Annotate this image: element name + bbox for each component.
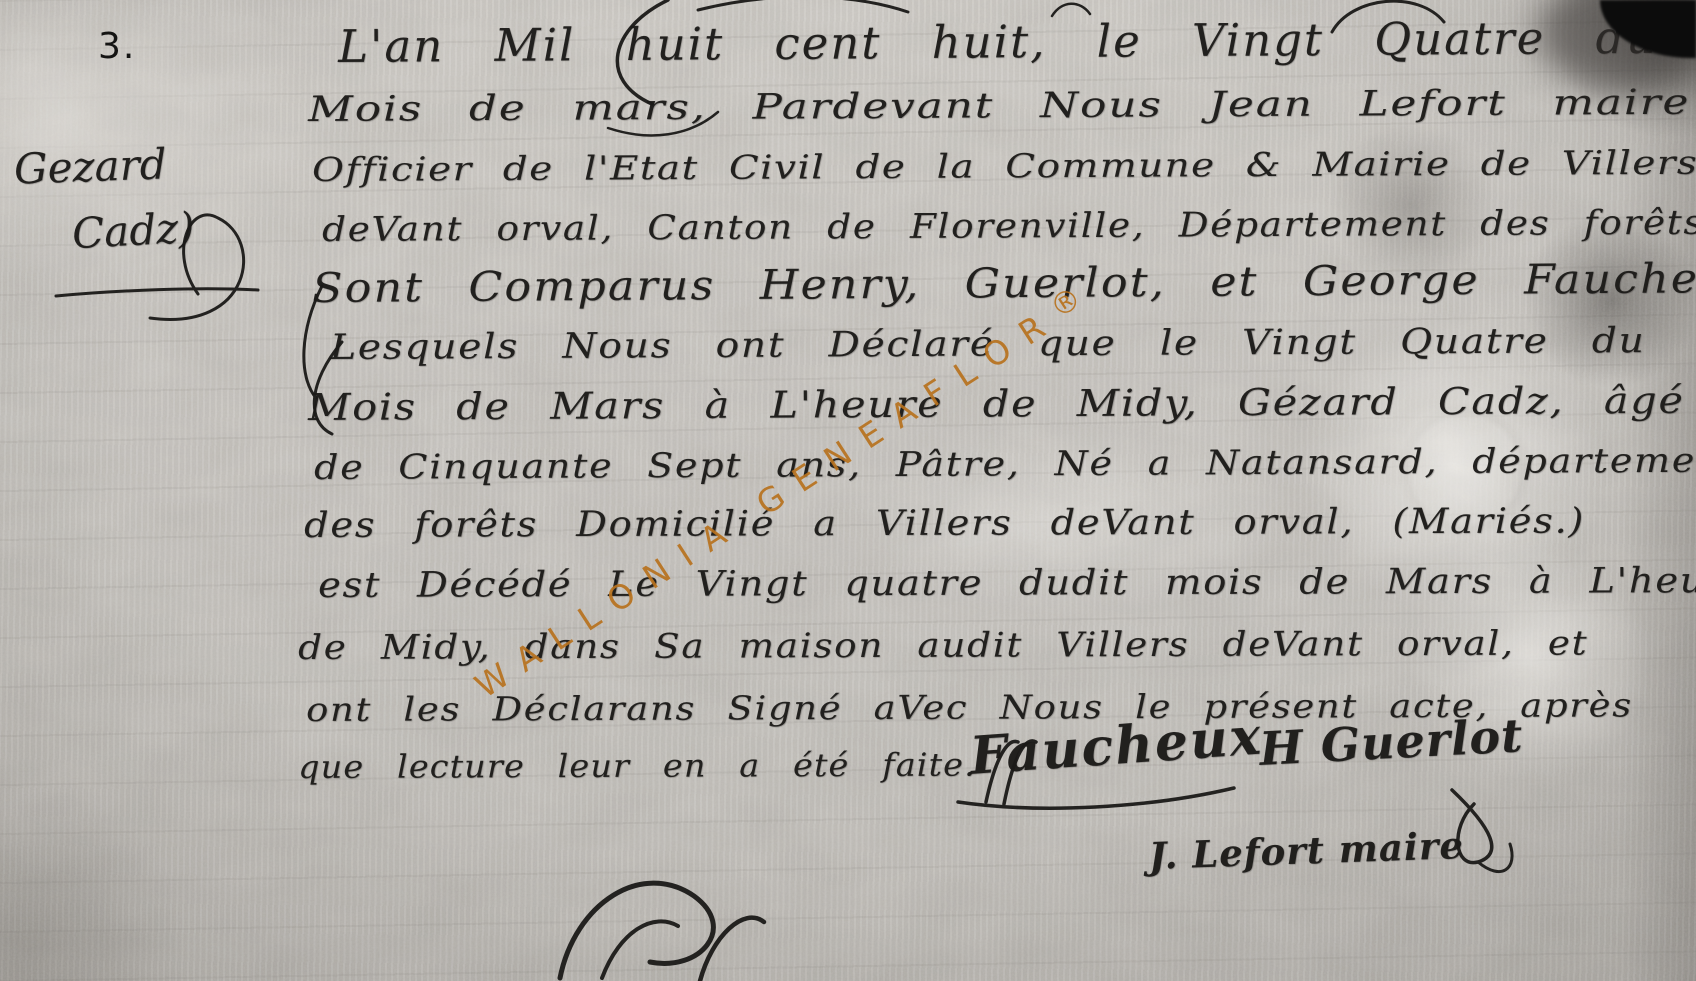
signature-3: J. Lefort maire: [1148, 823, 1465, 878]
manuscript-line-10: est Décédé Le Vingt quatre dudit mois de…: [318, 561, 1696, 606]
guerlot-descender-tail: [1478, 844, 1512, 872]
margin-underline: [56, 289, 258, 296]
next-act-loop-2: [700, 918, 764, 981]
manuscript-line-8: de Cinquante Sept ans, Pâtre, Né a Natan…: [314, 441, 1696, 488]
manuscript-line-2: Mois de mars, Pardevant Nous Jean Lefort…: [308, 83, 1690, 130]
manuscript-line-9: des forêts Domicilié a Villers deVant or…: [304, 502, 1585, 546]
margin-note-surname: Cadz): [71, 203, 196, 258]
manuscript-page: 3. Gezard Cadz) L'an Mil huit cent huit,…: [0, 0, 1696, 981]
manuscript-line-7: Mois de Mars à L'heure de Midy, Gézard C…: [308, 379, 1685, 429]
top-arc-flourish: [698, 0, 908, 12]
next-act-loop-1: [560, 883, 713, 978]
page-number: 3.: [98, 26, 136, 67]
manuscript-line-3: Officier de l'Etat Civil de la Commune &…: [312, 142, 1696, 189]
manuscript-line-1: L'an Mil huit cent huit, le Vingt Quatre…: [338, 11, 1657, 73]
manuscript-line-4: deVant orval, Canton de Florenville, Dép…: [322, 203, 1696, 250]
next-act-loop-3: [602, 921, 678, 978]
manuscript-line-13: que lecture leur en a été faite.: [298, 746, 976, 786]
faucheux-underline-swash: [958, 788, 1234, 808]
margin-note-name: Gezard: [13, 139, 167, 193]
manuscript-line-5: Sont Comparus Henry, Guerlot, et George …: [312, 254, 1696, 312]
